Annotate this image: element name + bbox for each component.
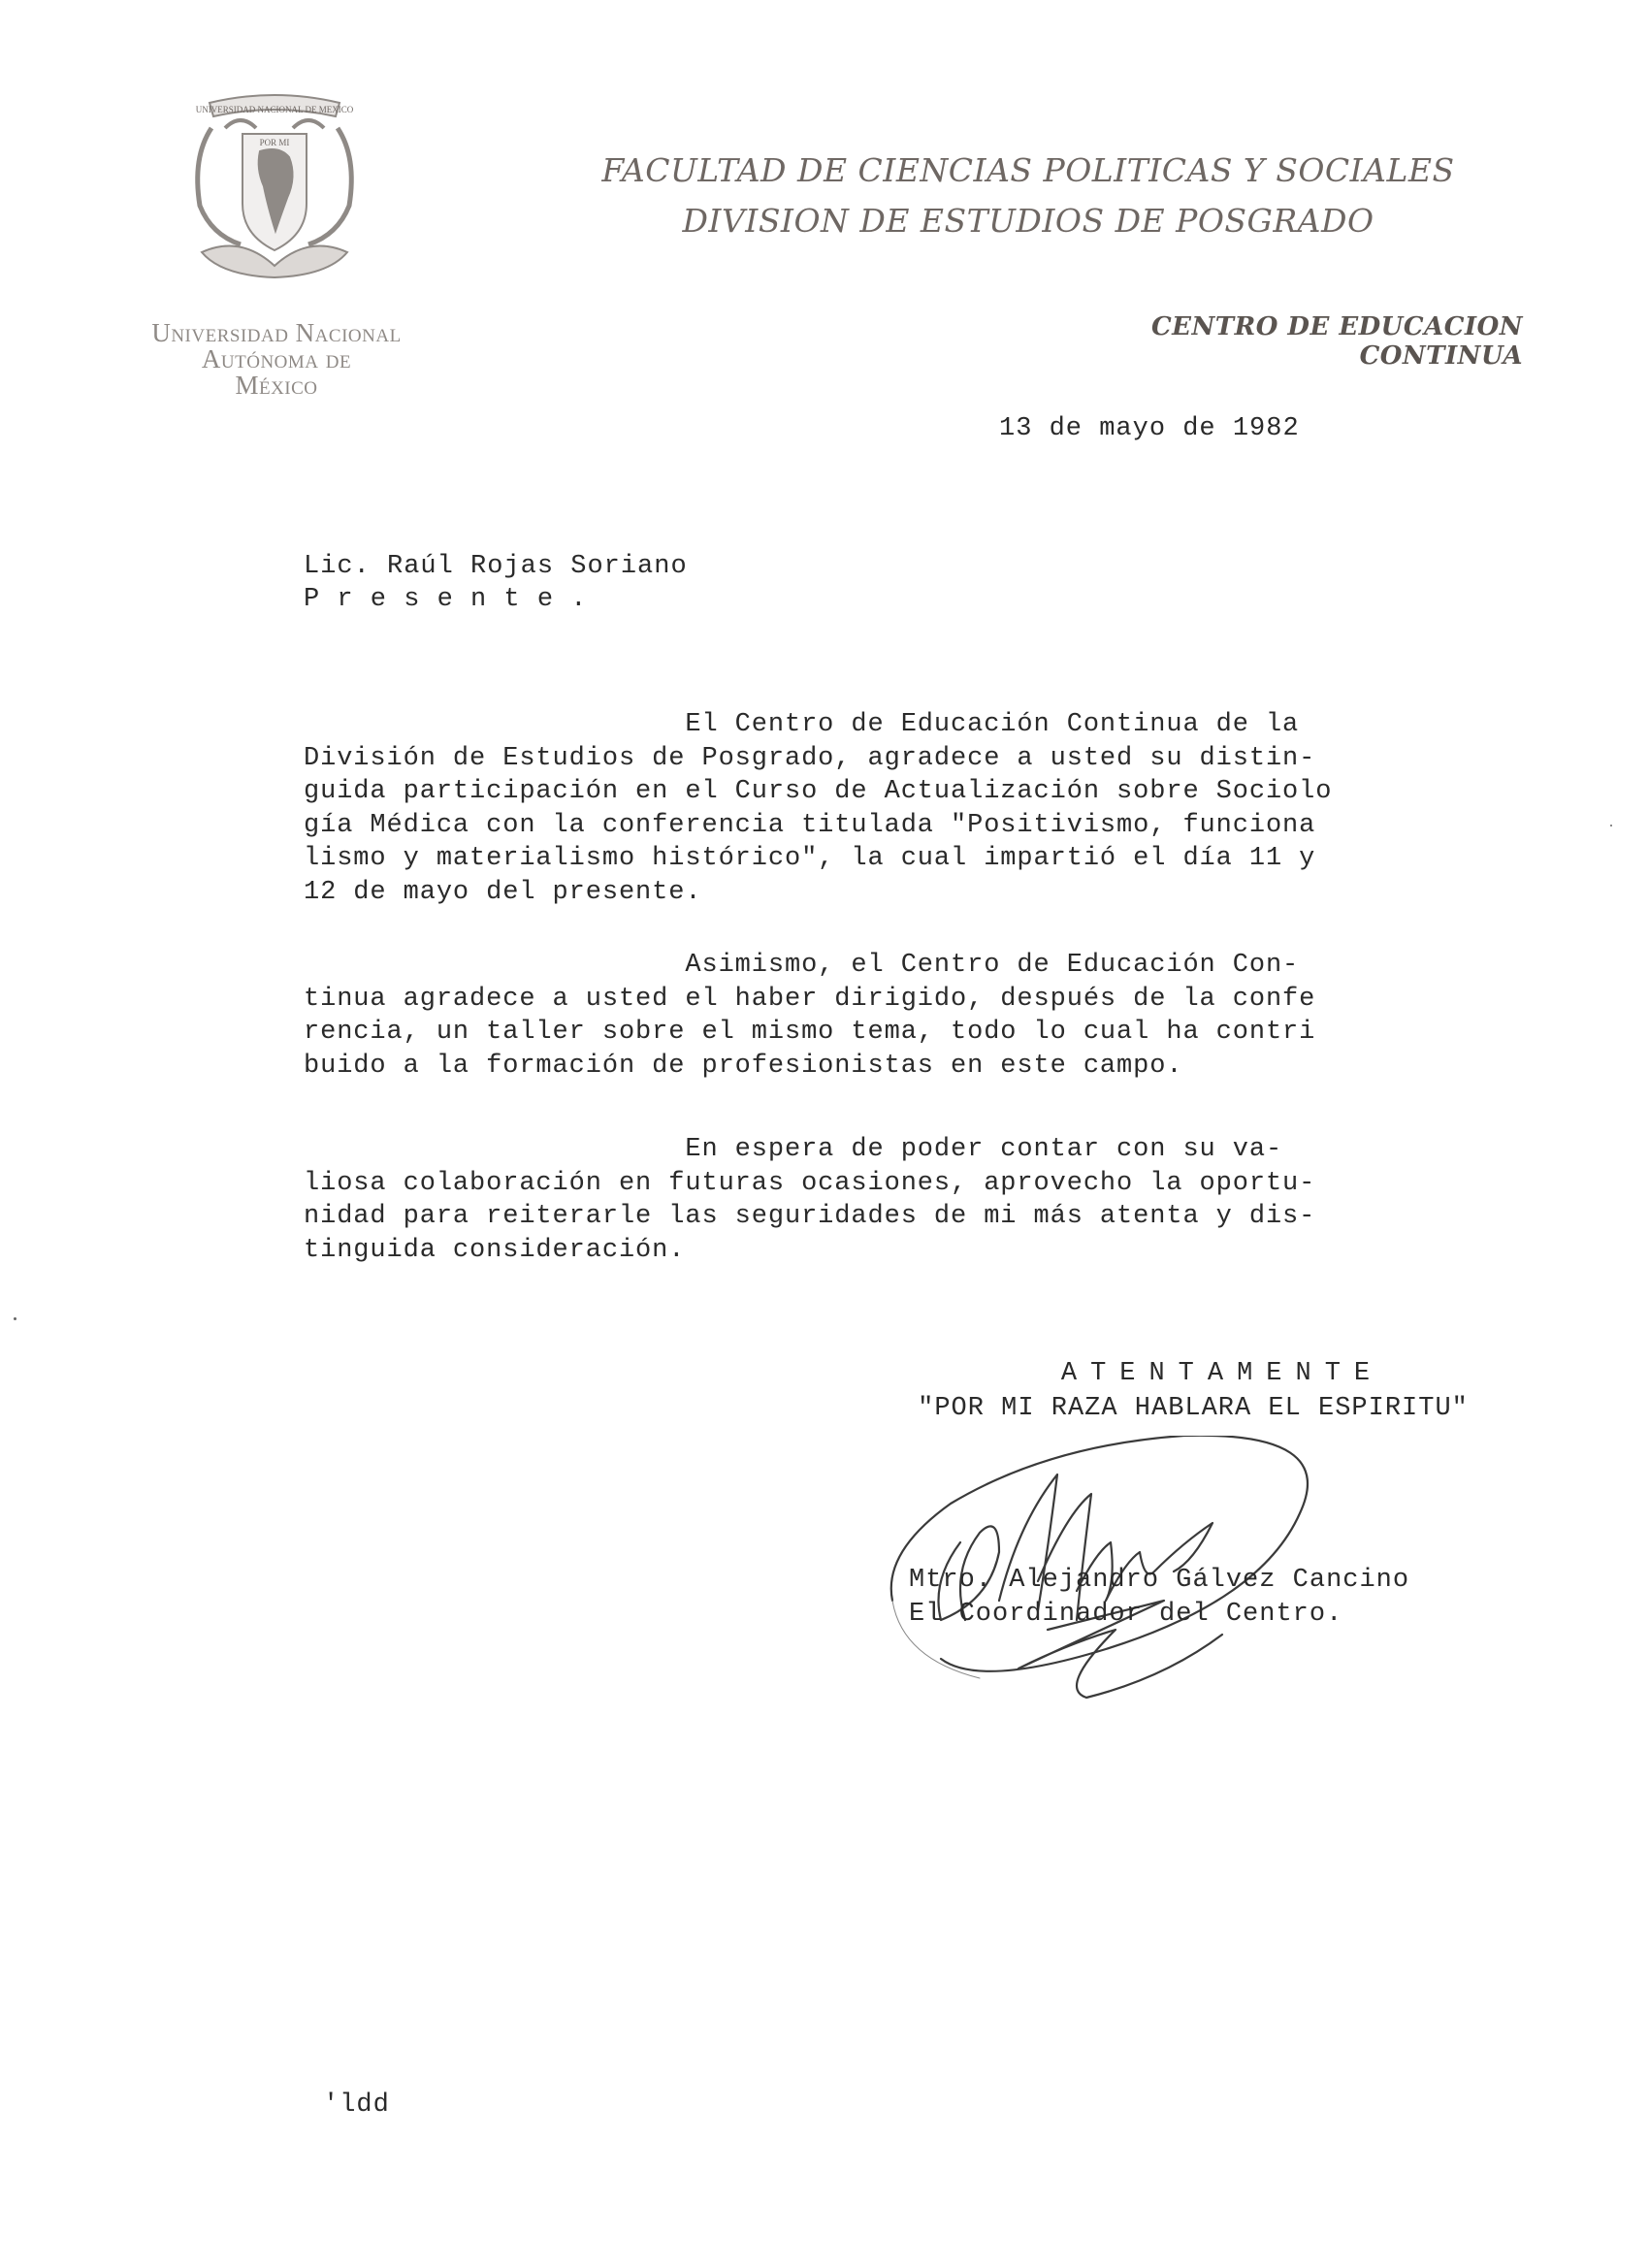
scan-speck bbox=[1610, 825, 1612, 826]
body-paragraph-3: En espera de poder contar con su va- lio… bbox=[304, 1133, 1526, 1267]
university-name: Universidad Nacional Autónoma de México bbox=[116, 320, 436, 399]
university-name-line: Autónoma de bbox=[116, 346, 436, 373]
recipient-block: Lic. Raúl Rojas Soriano P r e s e n t e … bbox=[304, 550, 688, 616]
letter-date: 13 de mayo de 1982 bbox=[999, 414, 1300, 443]
text-line: En espera de poder contar con su va- bbox=[304, 1133, 1526, 1167]
signer-block: Mtro. Alejandro Gálvez Cancino El Coordi… bbox=[909, 1564, 1409, 1632]
text-line: gía Médica con la conferencia titulada "… bbox=[304, 809, 1526, 843]
unam-seal: UNIVERSIDAD NACIONAL DE MEXICO POR MI bbox=[182, 89, 367, 283]
reference-initials: 'ldd bbox=[323, 2090, 390, 2120]
signer-title: El Coordinador del Centro. bbox=[909, 1598, 1409, 1632]
signer-name: Mtro. Alejandro Gálvez Cancino bbox=[909, 1564, 1409, 1598]
text-line: 12 de mayo del presente. bbox=[304, 876, 1526, 910]
text-line: buido a la formación de profesionistas e… bbox=[304, 1050, 1526, 1084]
svg-text:UNIVERSIDAD NACIONAL DE MEXICO: UNIVERSIDAD NACIONAL DE MEXICO bbox=[196, 105, 354, 114]
division-name: DIVISION DE ESTUDIOS DE POSGRADO bbox=[543, 196, 1513, 246]
university-motto: "POR MI RAZA HABLARA EL ESPIRITU" bbox=[854, 1391, 1533, 1426]
closing-block: ATENTAMENTE "POR MI RAZA HABLARA EL ESPI… bbox=[854, 1356, 1533, 1426]
university-name-line: México bbox=[116, 373, 436, 399]
text-line: rencia, un taller sobre el mismo tema, t… bbox=[304, 1016, 1526, 1050]
valediction: ATENTAMENTE bbox=[854, 1356, 1533, 1391]
text-line: tinguida consideración. bbox=[304, 1234, 1526, 1268]
text-line: lismo y materialismo histórico", la cual… bbox=[304, 842, 1526, 876]
text-line: liosa colaboración en futuras ocasiones,… bbox=[304, 1167, 1526, 1201]
body-paragraph-1: El Centro de Educación Continua de la Di… bbox=[304, 708, 1526, 909]
text-line: Asimismo, el Centro de Educación Con- bbox=[304, 949, 1526, 983]
text-line: El Centro de Educación Continua de la bbox=[304, 708, 1526, 742]
text-line: tinua agradece a usted el haber dirigido… bbox=[304, 983, 1526, 1017]
faculty-heading: FACULTAD DE CIENCIAS POLITICAS Y SOCIALE… bbox=[543, 146, 1513, 246]
department-name: CENTRO DE EDUCACION CONTINUA bbox=[994, 312, 1523, 371]
svg-text:POR MI: POR MI bbox=[260, 138, 290, 147]
faculty-name: FACULTAD DE CIENCIAS POLITICAS Y SOCIALE… bbox=[543, 146, 1513, 196]
body-paragraph-2: Asimismo, el Centro de Educación Con- ti… bbox=[304, 949, 1526, 1083]
scan-speck bbox=[14, 1317, 16, 1320]
text-line: guida participación en el Curso de Actua… bbox=[304, 775, 1526, 809]
unam-coat-of-arms-icon: UNIVERSIDAD NACIONAL DE MEXICO POR MI bbox=[182, 89, 367, 283]
text-line: nidad para reiterarle las seguridades de… bbox=[304, 1200, 1526, 1234]
recipient-salutation: P r e s e n t e . bbox=[304, 583, 688, 616]
text-line: División de Estudios de Posgrado, agrade… bbox=[304, 742, 1526, 776]
recipient-name: Lic. Raúl Rojas Soriano bbox=[304, 550, 688, 583]
university-name-line: Universidad Nacional bbox=[116, 320, 436, 346]
